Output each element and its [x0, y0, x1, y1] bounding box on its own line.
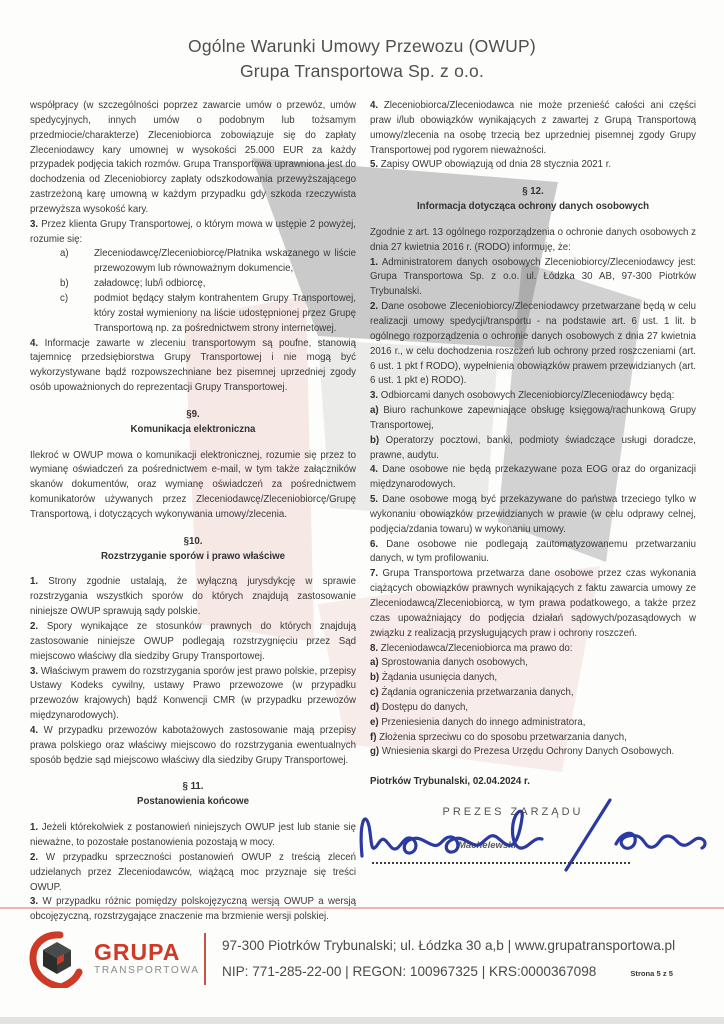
paragraph: 4. Informacje zawarte w zleceniu transpo…	[30, 337, 356, 396]
signature-block: PREZES ZARZĄDU Machelewski	[370, 794, 696, 894]
paragraph: 3. Odbiorcami danych osobowych Zleceniob…	[370, 389, 696, 404]
paragraph: 4. Zleceniobiorca/Zleceniodawca nie może…	[370, 99, 696, 158]
logo-word-transportowa: TRANSPORTOWA	[94, 964, 200, 977]
paragraph: Zgodnie z art. 13 ogólnego rozporządzeni…	[370, 226, 696, 256]
paragraph: 5. Dane osobowe mogą być przekazywane do…	[370, 493, 696, 538]
paragraph: f) Złożenia sprzeciwu co do sposobu prze…	[370, 731, 696, 746]
paragraph: a) Zleceniodawcę/Zleceniobiorcę/Płatnika…	[30, 247, 356, 277]
scanned-document-page: { "title": { "line1": "Ogólne Warunki Um…	[0, 0, 724, 1024]
paragraph: współpracy (w szczególności poprzez zawa…	[30, 99, 356, 218]
footer-address-line: 97-300 Piotrków Trybunalski; ul. Łódzka …	[222, 933, 704, 960]
logo-wordmark: GRUPA TRANSPORTOWA	[94, 941, 200, 977]
footer-contact-info: 97-300 Piotrków Trybunalski; ul. Łódzka …	[222, 933, 704, 986]
footer-divider-line	[0, 907, 724, 909]
paragraph: 1. Administratorem danych osobowych Zlec…	[370, 256, 696, 301]
section-heading: §9.Komunikacja elektroniczna	[30, 408, 356, 438]
footer-registry-line: NIP: 771-285-22-00 | REGON: 100967325 | …	[222, 959, 596, 986]
shield-cube-logo-icon	[28, 930, 86, 988]
paragraph: 3. Właściwym prawem do rozstrzygania spo…	[30, 665, 356, 724]
paragraph: d) Dostępu do danych,	[370, 701, 696, 716]
title-line-1: Ogólne Warunki Umowy Przewozu (OWUP)	[0, 34, 724, 59]
paragraph: 6. Dane osobowe nie podlegają zautomatyz…	[370, 538, 696, 568]
left-column: współpracy (w szczególności poprzez zawa…	[30, 99, 356, 925]
document-title: Ogólne Warunki Umowy Przewozu (OWUP) Gru…	[0, 34, 724, 85]
paragraph: 4. Dane osobowe nie będą przekazywane po…	[370, 463, 696, 493]
paragraph: 7. Grupa Transportowa przetwarza dane os…	[370, 567, 696, 641]
section-heading: §10.Rozstrzyganie sporów i prawo właściw…	[30, 535, 356, 565]
paragraph: 2. W przypadku sprzeczności postanowień …	[30, 851, 356, 896]
paragraph: b) załadowcę; lub/i odbiorcę,	[30, 277, 356, 292]
paragraph: a) Biuro rachunkowe zapewniające obsługę…	[370, 404, 696, 434]
handwritten-signature-ink	[354, 790, 716, 886]
right-column-blocks: 4. Zleceniobiorca/Zleceniodawca nie może…	[370, 99, 696, 790]
paragraph: e) Przeniesienia danych do innego admini…	[370, 716, 696, 731]
footer-registry-row: NIP: 771-285-22-00 | REGON: 100967325 | …	[222, 959, 704, 986]
paragraph: 2. Spory wynikające ze stosunków prawnyc…	[30, 620, 356, 665]
section-heading: § 12.Informacja dotycząca ochrony danych…	[370, 185, 696, 215]
logo-word-grupa: GRUPA	[94, 941, 200, 964]
title-line-2: Grupa Transportowa Sp. z o.o.	[0, 59, 724, 84]
paragraph: 3. W przypadku różnic pomiędzy polskojęz…	[30, 895, 356, 925]
paragraph: 3. Przez klienta Grupy Transportowej, o …	[30, 218, 356, 248]
paragraph: 4. W przypadku przewozów kabotażowych za…	[30, 724, 356, 769]
paragraph: g) Wniesienia skargi do Prezesa Urzędu O…	[370, 745, 696, 760]
paragraph: 2. Dane osobowe Zleceniobiorcy/Zleceniod…	[370, 300, 696, 389]
signature-dotted-line	[372, 862, 630, 864]
footer: GRUPA TRANSPORTOWA 97-300 Piotrków Trybu…	[28, 930, 704, 988]
footer-vertical-divider	[204, 933, 206, 985]
paragraph: c) Żądania ograniczenia przetwarzania da…	[370, 686, 696, 701]
paragraph: 8. Zleceniodawca/Zleceniobiorca ma prawo…	[370, 642, 696, 657]
page-number-label: Strona 5 z 5	[630, 967, 673, 982]
paragraph: 5. Zapisy OWUP obowiązują od dnia 28 sty…	[370, 158, 696, 173]
document-body: współpracy (w szczególności poprzez zawa…	[30, 99, 696, 925]
paragraph: Piotrków Trybunalski, 02.04.2024 r.	[370, 775, 696, 790]
paragraph: 1. Strony zgodnie ustalają, że wyłączną …	[30, 575, 356, 620]
company-logo: GRUPA TRANSPORTOWA	[28, 930, 200, 988]
right-column: 4. Zleceniobiorca/Zleceniodawca nie może…	[370, 99, 696, 925]
paragraph: Ilekroć w OWUP mowa o komunikacji elektr…	[30, 449, 356, 523]
paragraph: c) podmiot będący stałym kontrahentem Gr…	[30, 292, 356, 337]
paragraph: b) Żądania usunięcia danych,	[370, 671, 696, 686]
paragraph: 1. Jeżeli którekolwiek z postanowień nin…	[30, 821, 356, 851]
paragraph: a) Sprostowania danych osobowych,	[370, 656, 696, 671]
section-heading: § 11.Postanowienia końcowe	[30, 780, 356, 810]
scan-edge-shadow	[0, 1017, 724, 1024]
paragraph: b) Operatorzy pocztowi, banki, podmioty …	[370, 434, 696, 464]
